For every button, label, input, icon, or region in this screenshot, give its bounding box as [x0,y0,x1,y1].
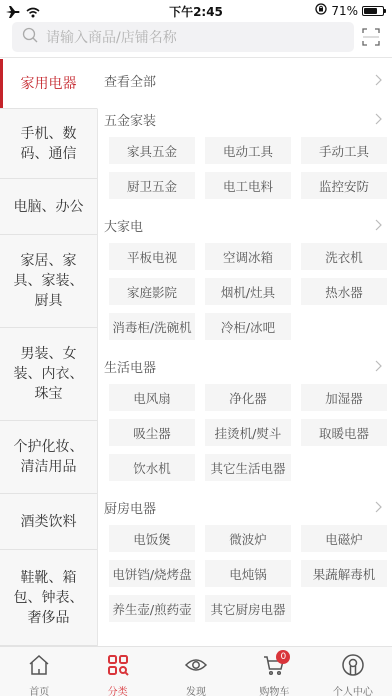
sidebar-item-personal-care[interactable]: 个护化妆、清洁用品 [0,421,97,494]
category-icon [106,653,130,681]
subcategory-chip[interactable]: 挂烫机/熨斗 [205,419,291,446]
sidebar-item-beverages[interactable]: 酒类饮料 [0,494,97,550]
status-bar: 下午2:45 71% [0,0,392,20]
home-icon [27,653,51,681]
subcategory-chip[interactable]: 吸尘器 [109,419,195,446]
subcategory-chip[interactable]: 果蔬解毒机 [301,560,387,587]
bottom-tab-bar: 首页 分类 发现 0 购物车 个人中心 [0,646,392,696]
subcategory-chip[interactable]: 手动工具 [301,137,387,164]
subcategory-chip[interactable]: 冷柜/冰吧 [205,313,291,340]
user-icon [341,653,365,681]
search-placeholder: 请输入商品/店铺名称 [46,27,177,47]
chevron-right-icon [375,357,382,376]
sidebar-item-computers-office[interactable]: 电脑、办公 [0,179,97,235]
subcategory-chip[interactable]: 净化器 [205,384,291,411]
section-header-hardware[interactable]: 五金家装 [99,101,392,137]
subcategory-grid: 平板电视 空调冰箱 洗衣机 家庭影院 烟机/灶具 热水器 消毒柜/洗碗机 冷柜/… [99,243,392,348]
subcategory-chip[interactable]: 电动工具 [205,137,291,164]
section-title: 大家电 [104,216,143,235]
subcategory-chip[interactable]: 其它厨房电器 [205,595,291,622]
subcategory-chip[interactable]: 烟机/灶具 [205,278,291,305]
section-title: 厨房电器 [104,498,156,517]
sidebar-item-shoes-bags-luxury[interactable]: 鞋靴、箱包、钟表、奢侈品 [0,550,97,646]
tab-label: 首页 [29,683,49,696]
tab-category[interactable]: 分类 [78,647,156,696]
subcategory-chip[interactable]: 消毒柜/洗碗机 [109,313,195,340]
chevron-right-icon [375,216,382,235]
chevron-right-icon [375,71,382,90]
subcategory-chip[interactable]: 电磁炉 [301,525,387,552]
eye-icon [184,653,208,681]
subcategory-chip[interactable]: 加湿器 [301,384,387,411]
cart-badge: 0 [276,650,290,664]
chevron-right-icon [375,498,382,517]
tab-label: 购物车 [259,683,289,696]
category-sidebar: 家用电器 手机、数码、通信 电脑、办公 家居、家具、家装、厨具 男装、女装、内衣… [0,59,98,646]
subcategory-chip[interactable]: 监控安防 [301,172,387,199]
chevron-right-icon [375,110,382,129]
search-icon [22,27,38,47]
tab-label: 分类 [108,683,128,696]
subcategory-chip[interactable]: 其它生活电器 [205,454,291,481]
scan-button[interactable] [362,28,380,46]
subcategory-chip[interactable]: 电风扇 [109,384,195,411]
sidebar-item-home-furniture[interactable]: 家居、家具、家装、厨具 [0,235,97,328]
tab-label: 个人中心 [333,683,373,696]
orientation-lock-icon [315,3,327,18]
subcategory-chip[interactable]: 微波炉 [205,525,291,552]
subcategory-chip[interactable]: 取暖电器 [301,419,387,446]
subcategory-chip[interactable]: 空调冰箱 [205,243,291,270]
sidebar-item-home-appliances[interactable]: 家用电器 [0,59,98,109]
subcategory-grid: 电饭煲 微波炉 电磁炉 电饼铛/烧烤盘 电炖锅 果蔬解毒机 养生壶/煎药壶 其它… [99,525,392,630]
subcategory-chip[interactable]: 电饭煲 [109,525,195,552]
search-header: 请输入商品/店铺名称 [0,20,392,58]
section-title: 五金家装 [104,110,156,129]
tab-home[interactable]: 首页 [0,647,78,696]
section-title: 生活电器 [104,357,156,376]
subcategory-chip[interactable]: 饮水机 [109,454,195,481]
tab-discover[interactable]: 发现 [157,647,235,696]
section-header-kitchen-appliances[interactable]: 厨房电器 [99,489,392,525]
battery-percent: 71% [331,4,358,18]
subcategory-chip[interactable]: 洗衣机 [301,243,387,270]
subcategory-chip[interactable]: 厨卫五金 [109,172,195,199]
sidebar-item-phones-digital[interactable]: 手机、数码、通信 [0,109,97,179]
subcategory-grid: 电风扇 净化器 加湿器 吸尘器 挂烫机/熨斗 取暖电器 饮水机 其它生活电器 [99,384,392,489]
view-all-label: 查看全部 [104,71,156,90]
tab-profile[interactable]: 个人中心 [314,647,392,696]
sidebar-item-apparel-jewelry[interactable]: 男装、女装、内衣、珠宝 [0,328,97,421]
subcategory-grid: 家具五金 电动工具 手动工具 厨卫五金 电工电料 监控安防 [99,137,392,207]
subcategory-chip[interactable]: 热水器 [301,278,387,305]
subcategory-panel: 查看全部 五金家装 家具五金 电动工具 手动工具 厨卫五金 电工电料 监控安防 … [99,59,392,646]
subcategory-chip[interactable]: 家具五金 [109,137,195,164]
scan-icon [362,31,380,50]
subcategory-chip[interactable]: 电饼铛/烧烤盘 [109,560,195,587]
subcategory-chip[interactable]: 平板电视 [109,243,195,270]
subcategory-chip[interactable]: 电工电料 [205,172,291,199]
subcategory-chip[interactable]: 养生壶/煎药壶 [109,595,195,622]
tab-label: 发现 [186,683,206,696]
tab-cart[interactable]: 0 购物车 [235,647,313,696]
section-header-large-appliances[interactable]: 大家电 [99,207,392,243]
section-header-living-appliances[interactable]: 生活电器 [99,348,392,384]
subcategory-chip[interactable]: 电炖锅 [205,560,291,587]
subcategory-chip[interactable]: 家庭影院 [109,278,195,305]
battery-icon [362,6,384,16]
view-all-row[interactable]: 查看全部 [99,59,392,101]
search-input[interactable]: 请输入商品/店铺名称 [12,22,354,52]
